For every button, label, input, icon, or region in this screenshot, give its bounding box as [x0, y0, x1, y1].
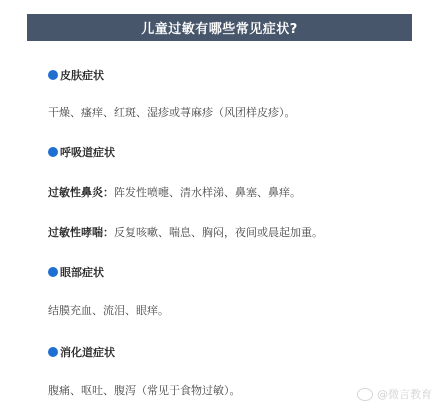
section-heading-label: 呼吸道症状	[60, 144, 115, 160]
paragraph-text: 反复咳嗽、喘息、胸闷，夜间或晨起加重。	[114, 226, 323, 239]
section-heading-respiratory: 呼吸道症状	[48, 144, 115, 160]
paragraph-text: 阵发性喷嚏、清水样涕、鼻塞、鼻痒。	[114, 186, 301, 199]
paragraph-text: 结膜充血、流泪、眼痒。	[48, 304, 169, 317]
paragraph: 过敏性哮喘：反复咳嗽、喘息、胸闷，夜间或晨起加重。	[48, 224, 323, 240]
section-heading-label: 消化道症状	[60, 344, 115, 360]
section-heading-eye: 眼部症状	[48, 264, 104, 280]
section-heading-label: 眼部症状	[60, 264, 104, 280]
paragraph-text: 腹痛、呕吐、腹泻（常见于食物过敏）。	[48, 384, 241, 397]
title-banner: 儿童过敏有哪些常见症状?	[27, 14, 412, 41]
section-heading-skin: 皮肤症状	[48, 67, 104, 83]
bullet-dot-icon	[48, 147, 58, 157]
weibo-icon	[357, 388, 373, 401]
paragraph-label: 过敏性哮喘：	[48, 226, 114, 239]
bullet-dot-icon	[48, 70, 58, 80]
bullet-dot-icon	[48, 347, 58, 357]
paragraph: 干燥、瘙痒、红斑、湿疹或荨麻疹（风团样皮疹）。	[48, 104, 296, 120]
watermark: @微言教育	[357, 386, 432, 402]
paragraph-label: 过敏性鼻炎：	[48, 186, 114, 199]
page-title: 儿童过敏有哪些常见症状?	[141, 18, 298, 37]
watermark-text: @微言教育	[377, 386, 432, 402]
section-heading-label: 皮肤症状	[60, 67, 104, 83]
paragraph: 过敏性鼻炎：阵发性喷嚏、清水样涕、鼻塞、鼻痒。	[48, 184, 301, 200]
paragraph-text: 干燥、瘙痒、红斑、湿疹或荨麻疹（风团样皮疹）。	[48, 106, 296, 119]
bullet-dot-icon	[48, 267, 58, 277]
paragraph: 结膜充血、流泪、眼痒。	[48, 302, 169, 318]
section-heading-digestive: 消化道症状	[48, 344, 115, 360]
paragraph: 腹痛、呕吐、腹泻（常见于食物过敏）。	[48, 382, 241, 398]
